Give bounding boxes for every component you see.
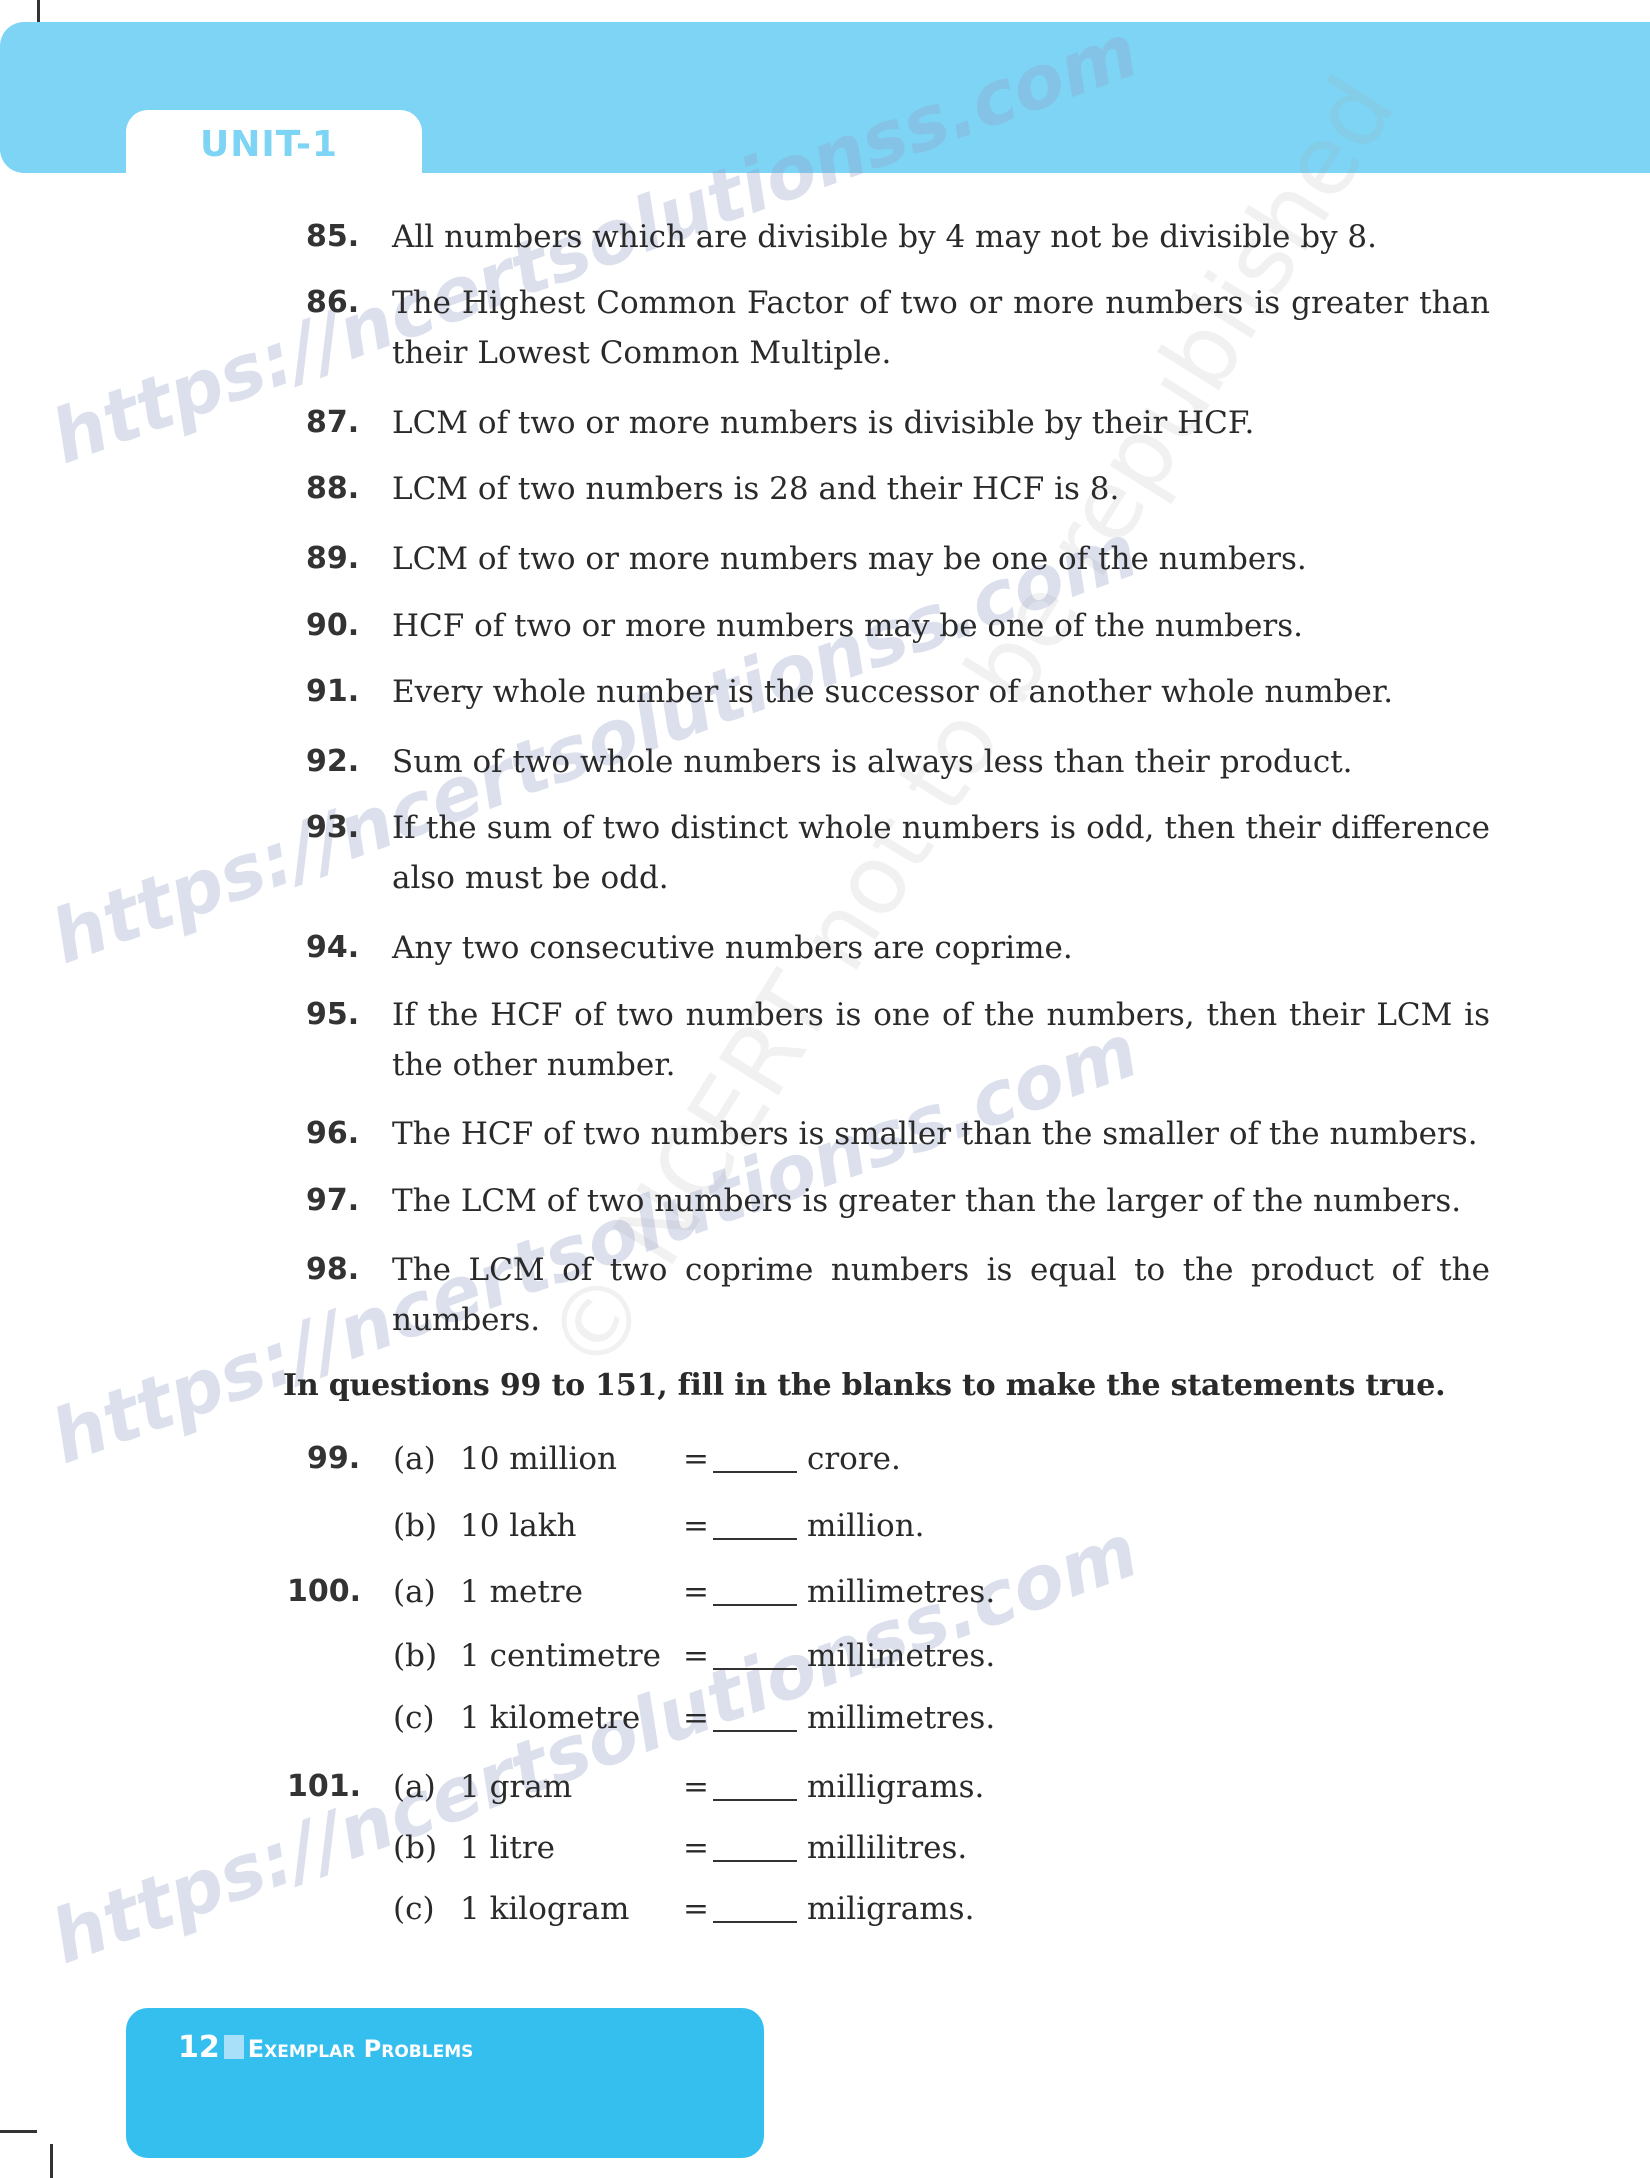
question-number: 93. — [306, 803, 359, 853]
question-number: 92. — [306, 737, 359, 787]
section-instruction: In questions 99 to 151, fill in the blan… — [283, 1368, 1445, 1403]
question-number: 101. — [287, 1765, 361, 1809]
question-number: 88. — [306, 464, 359, 514]
part-label: (a) — [393, 1437, 436, 1481]
question-number: 99. — [307, 1437, 360, 1481]
question-text: Every whole number is the successor of a… — [392, 667, 1490, 717]
question-number: 91. — [306, 667, 359, 717]
part-label: (a) — [393, 1570, 436, 1614]
item-text: 1 metre — [460, 1570, 583, 1614]
question-text: If the HCF of two numbers is one of the … — [392, 990, 1490, 1090]
part-label: (a) — [393, 1765, 436, 1809]
answer-blank — [713, 1799, 797, 1801]
part-label: (b) — [393, 1634, 437, 1678]
part-label: (c) — [393, 1696, 435, 1740]
question-text: LCM of two or more numbers may be one of… — [392, 534, 1490, 584]
equals-sign: = — [683, 1696, 709, 1740]
question-text: HCF of two or more numbers may be one of… — [392, 601, 1490, 651]
unit-text: millimetres. — [807, 1696, 995, 1740]
answer-blank — [713, 1860, 797, 1862]
question-text: All numbers which are divisible by 4 may… — [392, 212, 1490, 262]
answer-blank — [713, 1921, 797, 1923]
equals-sign: = — [683, 1570, 709, 1614]
crop-mark — [0, 2130, 37, 2133]
part-label: (c) — [393, 1887, 435, 1931]
question-number: 85. — [306, 212, 359, 262]
equals-sign: = — [683, 1437, 709, 1481]
question-number: 97. — [306, 1176, 359, 1226]
unit-text: millilitres. — [807, 1826, 967, 1870]
square-icon — [224, 2035, 244, 2059]
unit-text: millimetres. — [807, 1570, 995, 1614]
question-number: 86. — [306, 278, 359, 328]
unit-text: miligrams. — [807, 1887, 974, 1931]
crop-mark — [50, 2144, 53, 2178]
question-number: 100. — [287, 1570, 361, 1614]
unit-text: million. — [807, 1504, 925, 1548]
footer-text: 12Exemplar Problems — [178, 2030, 473, 2065]
question-number: 89. — [306, 534, 359, 584]
item-text: 1 litre — [460, 1826, 555, 1870]
question-number: 96. — [306, 1109, 359, 1159]
unit-tab: UNIT-1 — [126, 110, 422, 180]
question-text: LCM of two numbers is 28 and their HCF i… — [392, 464, 1490, 514]
answer-blank — [713, 1538, 797, 1540]
answer-blank — [713, 1604, 797, 1606]
question-text: LCM of two or more numbers is divisible … — [392, 398, 1490, 448]
question-number: 98. — [306, 1245, 359, 1295]
question-text: The LCM of two numbers is greater than t… — [392, 1176, 1490, 1226]
answer-blank — [713, 1668, 797, 1670]
equals-sign: = — [683, 1504, 709, 1548]
unit-text: milligrams. — [807, 1765, 984, 1809]
item-text: 1 centimetre — [460, 1634, 661, 1678]
unit-text: crore. — [807, 1437, 901, 1481]
item-text: 10 lakh — [460, 1504, 576, 1548]
unit-text: millimetres. — [807, 1634, 995, 1678]
question-text: The HCF of two numbers is smaller than t… — [392, 1109, 1490, 1159]
equals-sign: = — [683, 1826, 709, 1870]
unit-label: UNIT-1 — [200, 124, 338, 165]
equals-sign: = — [683, 1634, 709, 1678]
book-title: Exemplar Problems — [248, 2035, 474, 2063]
equals-sign: = — [683, 1887, 709, 1931]
part-label: (b) — [393, 1826, 437, 1870]
equals-sign: = — [683, 1765, 709, 1809]
question-number: 94. — [306, 923, 359, 973]
question-text: If the sum of two distinct whole numbers… — [392, 803, 1490, 903]
item-text: 1 kilometre — [460, 1696, 640, 1740]
question-text: Any two consecutive numbers are coprime. — [392, 923, 1490, 973]
question-number: 87. — [306, 398, 359, 448]
item-text: 1 gram — [460, 1765, 572, 1809]
part-label: (b) — [393, 1504, 437, 1548]
question-text: The LCM of two coprime numbers is equal … — [392, 1245, 1490, 1345]
question-text: Sum of two whole numbers is always less … — [392, 737, 1490, 787]
answer-blank — [713, 1471, 797, 1473]
page-number: 12 — [178, 2030, 220, 2065]
question-text: The Highest Common Factor of two or more… — [392, 278, 1490, 378]
answer-blank — [713, 1730, 797, 1732]
question-number: 95. — [306, 990, 359, 1040]
question-number: 90. — [306, 601, 359, 651]
footer-box: 12Exemplar Problems — [126, 2008, 764, 2158]
item-text: 10 million — [460, 1437, 617, 1481]
item-text: 1 kilogram — [460, 1887, 629, 1931]
